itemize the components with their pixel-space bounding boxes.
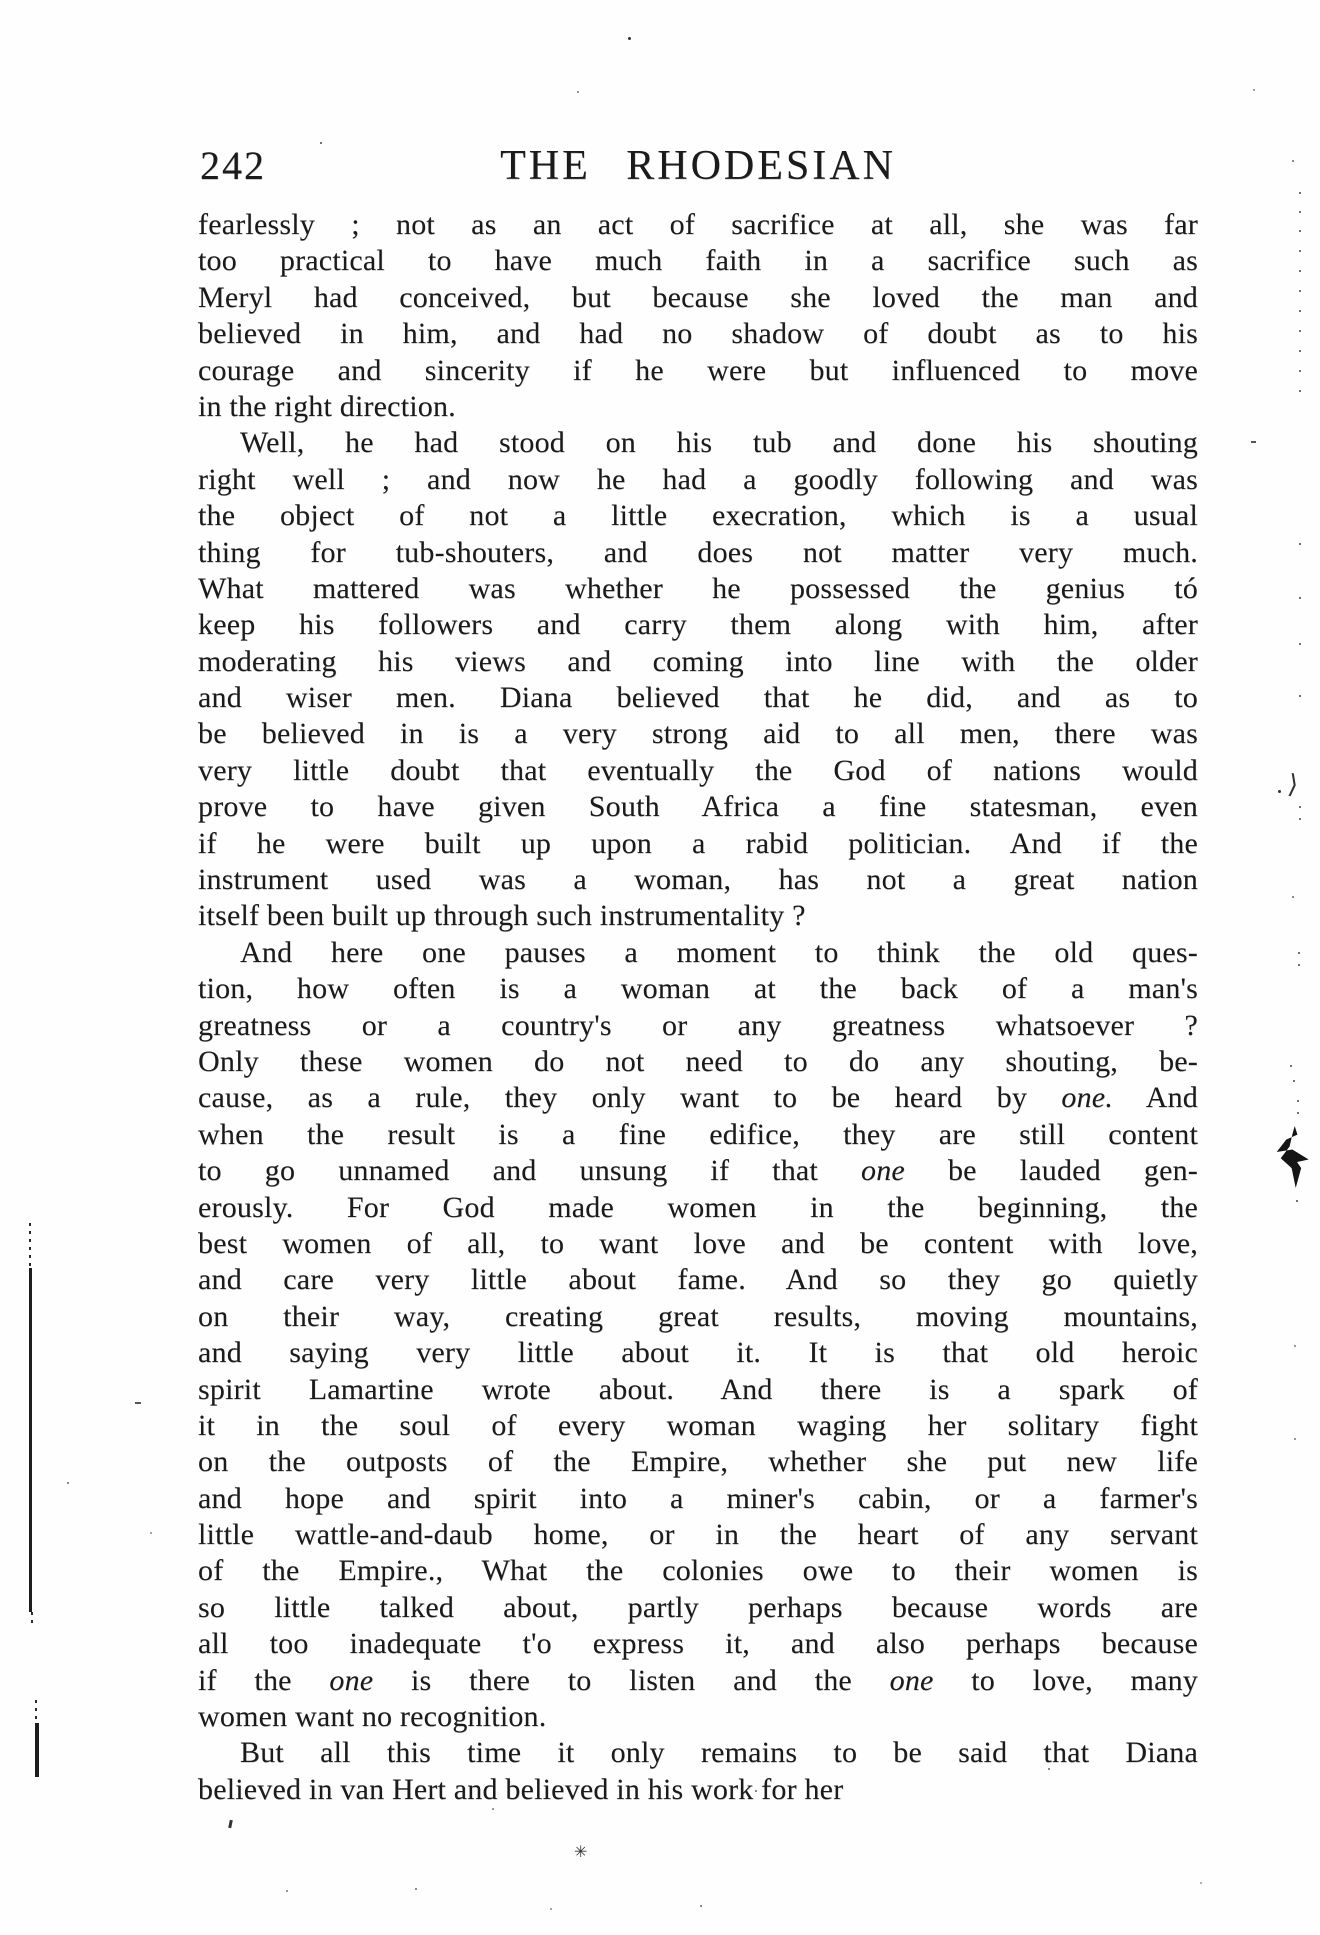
ink-speck: [1299, 192, 1301, 194]
ink-speck: [135, 1402, 141, 1404]
ink-speck: [1299, 310, 1301, 312]
text-line: fearlessly ; not as an act of sacrifice …: [198, 207, 1198, 243]
text-line: the object of not a little execration, w…: [198, 498, 1198, 534]
text-line: believed in him, and had no shadow of do…: [198, 316, 1198, 352]
text-line: and hope and spirit into a miner's cabin…: [198, 1481, 1198, 1517]
ink-speck: [1299, 695, 1301, 697]
page-body: fearlessly ; not as an act of sacrifice …: [198, 207, 1198, 1808]
ink-speck: [1292, 896, 1294, 898]
ink-speck: [1200, 1882, 1202, 1884]
text-line: in the right direction.: [198, 389, 1198, 425]
text-line: all too inadequate t'o express it, and a…: [198, 1626, 1198, 1662]
ink-speck: [1298, 964, 1300, 966]
text-line: right well ; and now he had a goodly fol…: [198, 462, 1198, 498]
italic-word: one: [861, 1154, 905, 1187]
margin-scratch-line: [31, 1612, 33, 1628]
text-line: spirit Lamartine wrote about. And there …: [198, 1372, 1198, 1408]
text-line: And here one pauses a moment to think th…: [198, 935, 1198, 971]
text-line: on their way, creating great results, mo…: [198, 1299, 1198, 1335]
text-line: and care very little about fame. And so …: [198, 1262, 1198, 1298]
ink-speck: [150, 1532, 152, 1534]
text-line: best women of all, to want love and be c…: [198, 1226, 1198, 1262]
ink-speck: [1048, 1768, 1050, 1770]
text-line: women want no recognition.: [198, 1699, 1198, 1735]
text-line: it in the soul of every woman waging her…: [198, 1408, 1198, 1444]
ink-speck: [228, 1820, 233, 1828]
text-line: believed in van Hert and believed in his…: [198, 1772, 1198, 1808]
text-line: too practical to have much faith in a sa…: [198, 243, 1198, 279]
text-line: erously. For God made women in the begin…: [198, 1190, 1198, 1226]
ink-speck: [1299, 250, 1301, 252]
ink-speck: [1253, 89, 1255, 91]
ink-speck: [1299, 350, 1301, 352]
text-line: on the outposts of the Empire, whether s…: [198, 1444, 1198, 1480]
ink-speck: [1296, 1200, 1298, 1202]
margin-mark: ⟩: [1286, 769, 1300, 800]
asterisk-speck: ✳: [574, 1842, 587, 1861]
italic-word: one: [329, 1664, 373, 1697]
ink-speck: [1298, 952, 1300, 954]
ink-speck: [1297, 1112, 1299, 1114]
ink-speck: [1299, 806, 1301, 808]
paragraph: But all this time it only remains to be …: [198, 1735, 1198, 1808]
page-number: 242: [200, 143, 266, 189]
italic-word: one.: [1061, 1081, 1113, 1114]
ink-speck: [1293, 1080, 1295, 1082]
ink-speck: [1299, 330, 1301, 332]
ink-blot: [1276, 1126, 1310, 1188]
text-line: if he were built up upon a rabid politic…: [198, 826, 1198, 862]
page-header: 242 THE RHODESIAN: [198, 143, 1198, 195]
book-page: 242 THE RHODESIAN fearlessly ; not as an…: [0, 0, 1320, 1935]
ink-speck: [1290, 1065, 1292, 1067]
text-line: when the result is a fine edifice, they …: [198, 1117, 1198, 1153]
text-line: and saying very little about it. It is t…: [198, 1335, 1198, 1371]
text-line: What mattered was whether he possessed t…: [198, 571, 1198, 607]
text-line: Only these women do not need to do any s…: [198, 1044, 1198, 1080]
ink-speck: [550, 1908, 552, 1910]
text-line: prove to have given South Africa a fine …: [198, 789, 1198, 825]
ink-speck: [415, 1888, 417, 1890]
ink-speck: [1251, 441, 1256, 443]
ink-speck: [577, 91, 579, 93]
text-line: courage and sincerity if he were but inf…: [198, 353, 1198, 389]
text-line: instrument used was a woman, has not a g…: [198, 862, 1198, 898]
ink-speck: [1278, 790, 1281, 793]
text-line: tion, how often is a woman at the back o…: [198, 971, 1198, 1007]
text-line: and wiser men. Diana believed that he di…: [198, 680, 1198, 716]
text-line: But all this time it only remains to be …: [198, 1735, 1198, 1771]
ink-speck: [700, 1905, 702, 1907]
text-line: Well, he had stood on his tub and done h…: [198, 425, 1198, 461]
paragraph: And here one pauses a moment to think th…: [198, 935, 1198, 1736]
text-line: so little talked about, partly perhaps b…: [198, 1590, 1198, 1626]
ink-speck: [1297, 1100, 1299, 1102]
margin-scratch-line: [35, 1700, 37, 1722]
ink-speck: [755, 1790, 757, 1792]
ink-speck: [1292, 160, 1294, 162]
ink-speck: [628, 37, 631, 40]
margin-scratch-line: [29, 1223, 31, 1269]
text-column: 242 THE RHODESIAN fearlessly ; not as an…: [198, 143, 1198, 195]
ink-speck: [492, 1808, 494, 1810]
text-line: be believed in is a very strong aid to a…: [198, 716, 1198, 752]
paragraph: Well, he had stood on his tub and done h…: [198, 425, 1198, 934]
text-line: thing for tub-shouters, and does not mat…: [198, 535, 1198, 571]
ink-speck: [1299, 390, 1301, 392]
text-line: greatness or a country's or any greatnes…: [198, 1008, 1198, 1044]
text-line: moderating his views and coming into lin…: [198, 644, 1198, 680]
text-line: itself been built up through such instru…: [198, 898, 1198, 934]
ink-speck: [1299, 597, 1301, 599]
ink-speck: [320, 142, 322, 144]
text-line: little wattle-and-daub home, or in the h…: [198, 1517, 1198, 1553]
margin-scratch-line: [29, 1268, 32, 1612]
ink-speck: [1299, 230, 1301, 232]
text-line: to go unnamed and unsung if that one be …: [198, 1153, 1198, 1189]
text-line: keep his followers and carry them along …: [198, 607, 1198, 643]
ink-speck: [1294, 1345, 1296, 1347]
ink-speck: [1299, 818, 1301, 820]
ink-speck: [1294, 1438, 1296, 1440]
text-line: very little doubt that eventually the Go…: [198, 753, 1198, 789]
text-line: of the Empire., What the colonies owe to…: [198, 1553, 1198, 1589]
ink-speck: [67, 1482, 69, 1484]
italic-word: one: [890, 1664, 934, 1697]
ink-speck: [1299, 643, 1301, 645]
text-line: cause, as a rule, they only want to be h…: [198, 1080, 1198, 1116]
ink-speck: [1299, 211, 1301, 213]
text-line: Meryl had conceived, but because she lov…: [198, 280, 1198, 316]
running-title: THE RHODESIAN: [198, 143, 1198, 189]
ink-speck: [1299, 543, 1301, 545]
paragraph: fearlessly ; not as an act of sacrifice …: [198, 207, 1198, 425]
ink-speck: [286, 1890, 288, 1892]
ink-speck: [1299, 290, 1301, 292]
ink-speck: [1299, 270, 1301, 272]
text-line: if the one is there to listen and the on…: [198, 1663, 1198, 1699]
ink-speck: [1299, 370, 1301, 372]
margin-scratch-line: [35, 1723, 39, 1777]
